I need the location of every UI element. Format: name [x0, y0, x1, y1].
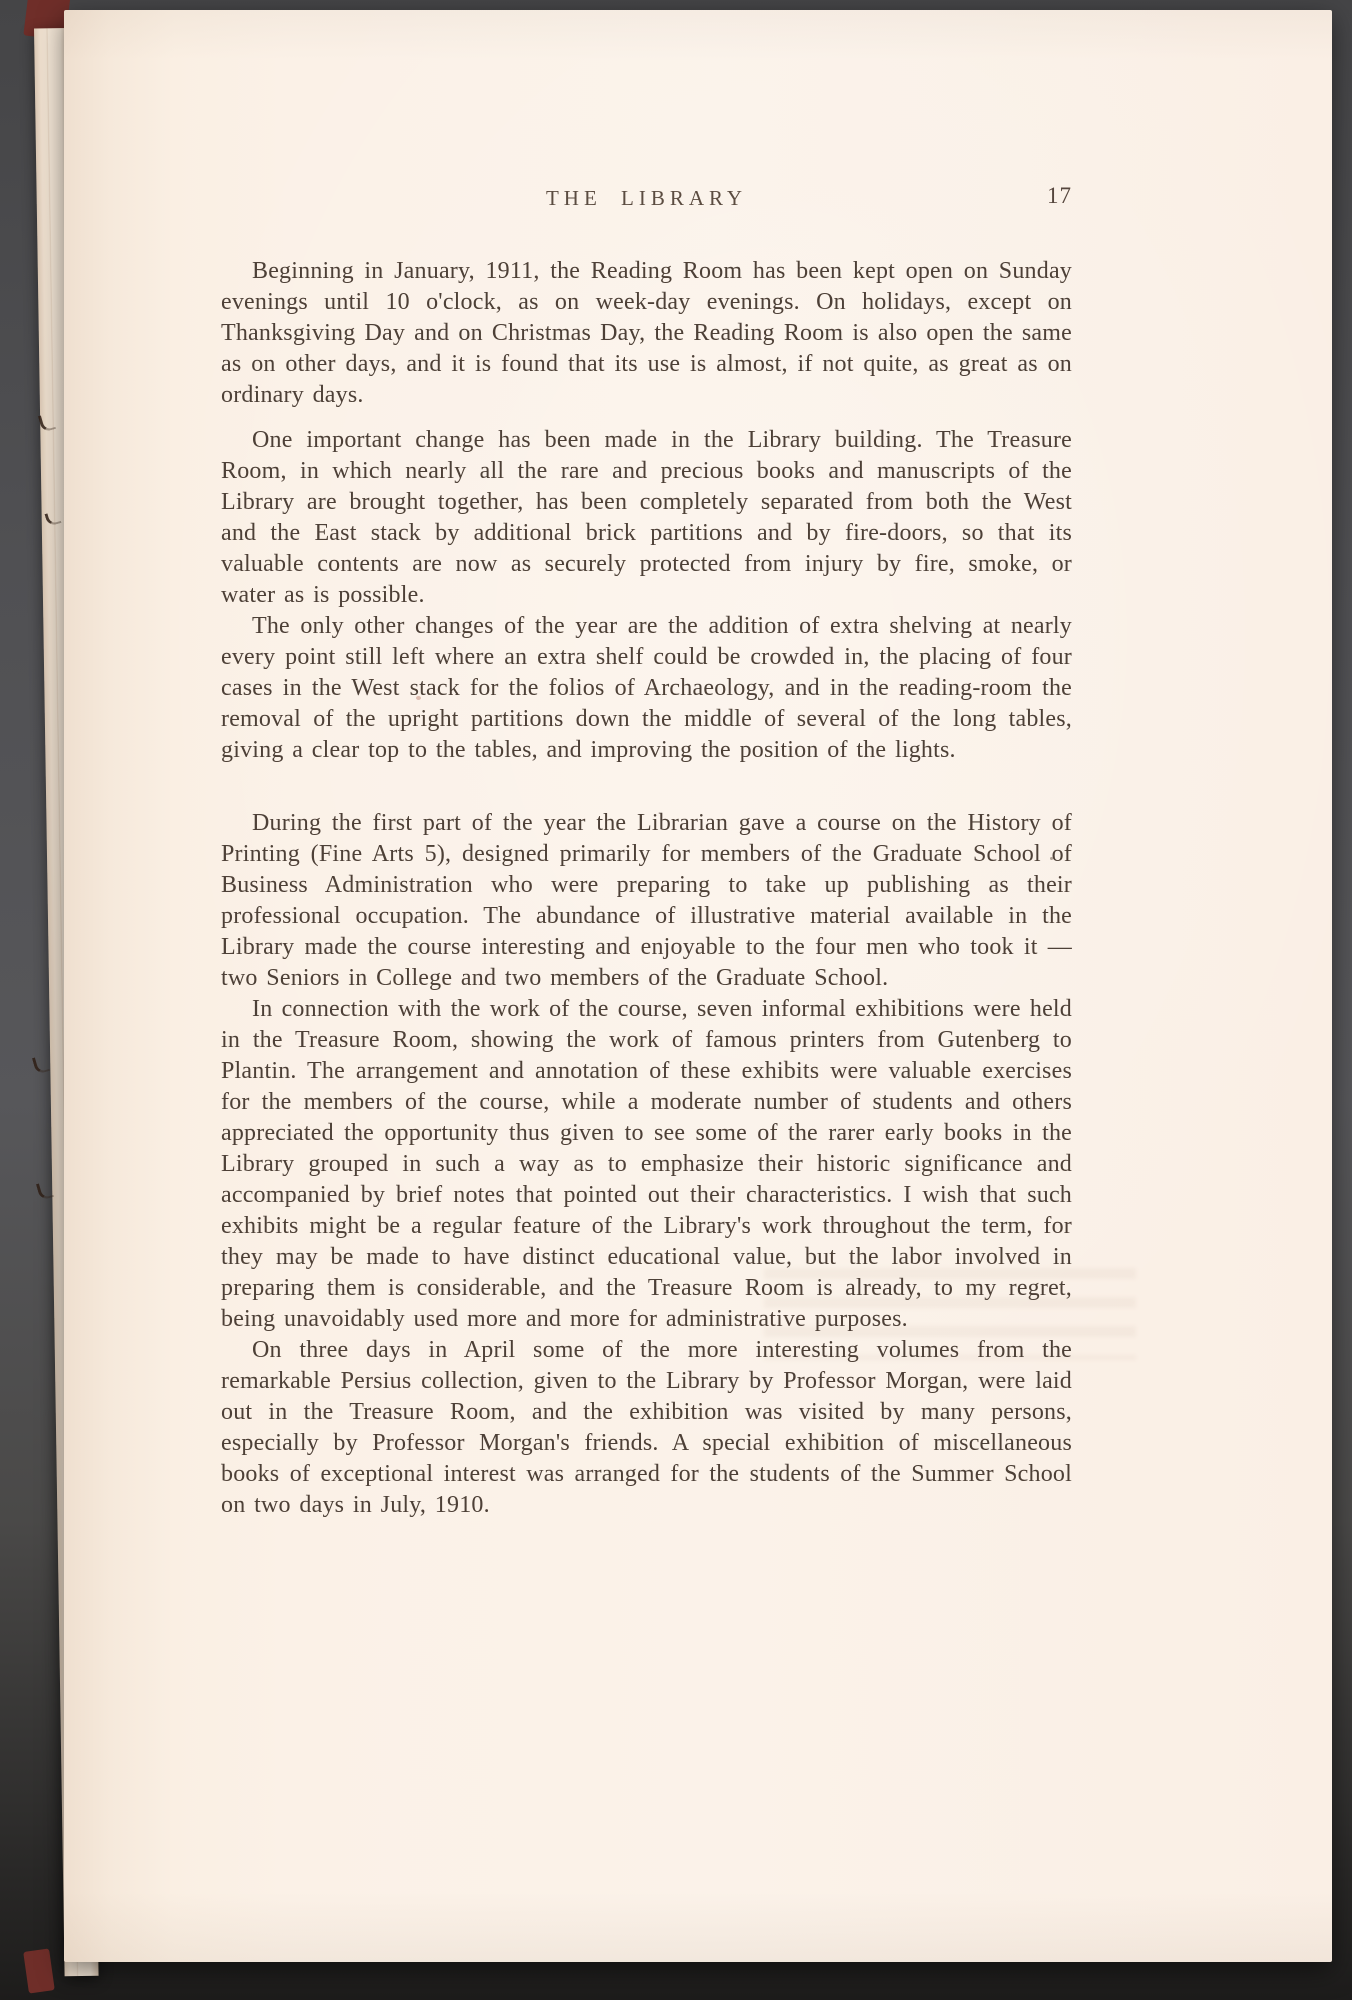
paragraph-other-changes: The only other changes of the year are t… — [221, 611, 1072, 766]
paragraph-persius-collection: On three days in April some of the more … — [221, 1335, 1072, 1521]
paragraph-reading-room-hours: Beginning in January, 1911, the Reading … — [221, 256, 1072, 411]
binding-stitch-mark — [32, 1054, 50, 1074]
paragraph-history-of-printing-course: During the first part of the year the Li… — [221, 808, 1072, 994]
book-cover-edge-bottom — [23, 1948, 55, 1993]
paragraph-treasure-room-separation: One important change has been made in th… — [221, 425, 1072, 611]
page-content: THE LIBRARY 17 Beginning in January, 191… — [221, 186, 1072, 1521]
running-title: THE LIBRARY — [221, 186, 1072, 211]
page-number: 17 — [1047, 183, 1072, 209]
photo-background: THE LIBRARY 17 Beginning in January, 191… — [0, 0, 1352, 2000]
paragraph-informal-exhibitions: In connection with the work of the cours… — [221, 994, 1072, 1335]
book-page: THE LIBRARY 17 Beginning in January, 191… — [64, 10, 1332, 1962]
page-header: THE LIBRARY 17 — [221, 186, 1072, 212]
